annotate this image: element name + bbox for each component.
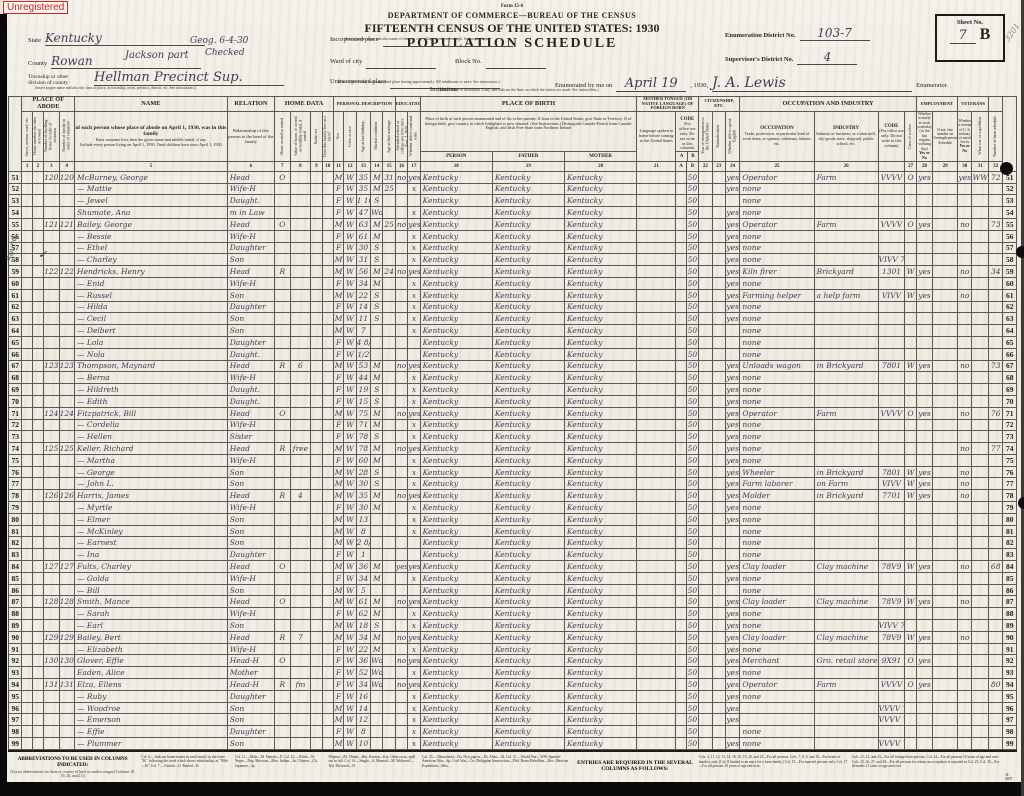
cell-street: [22, 561, 32, 573]
cell-farm: [322, 195, 333, 207]
cell-bp: Kentucky: [420, 490, 492, 502]
cell-bf: Kentucky: [492, 419, 564, 431]
cell-street: [22, 702, 32, 714]
cell-radio: [311, 513, 322, 525]
cell-war: [972, 384, 989, 396]
cell-tongue: [637, 525, 676, 537]
cell-tongue: [637, 395, 676, 407]
cell-yr: [699, 419, 712, 431]
table-row: 79— MyrtleWife-HFW30MxKentuckyKentuckyKe…: [9, 502, 1017, 514]
cell-oc: [878, 395, 905, 407]
cell-sx: M: [333, 325, 343, 337]
cell-afm: [383, 230, 395, 242]
col-unemployment-line: If not, line number on Unemployment Sche…: [933, 111, 958, 161]
cell-nat: [712, 584, 725, 596]
cell-age: 78: [356, 431, 370, 443]
cell-cr: W: [344, 679, 356, 691]
cell-nat: [712, 714, 725, 726]
cell-farm: [322, 230, 333, 242]
cell-lnR: 62: [1003, 301, 1017, 313]
cell-cls: [905, 608, 916, 620]
cell-sx: F: [333, 502, 343, 514]
cell-dw: [44, 643, 59, 655]
cell-lnR: 77: [1003, 478, 1017, 490]
cell-afm: 31: [383, 171, 395, 183]
cell-sch: [395, 608, 407, 620]
cell-name: — John L.: [75, 478, 228, 490]
cell-ten: R: [275, 266, 290, 278]
cell-lnR: 95: [1003, 690, 1017, 702]
cell-mar: M: [371, 407, 383, 419]
cell-ind: [814, 690, 878, 702]
cell-cB: 50: [686, 502, 698, 514]
cell-bp: Kentucky: [420, 525, 492, 537]
col-naturalization: Naturalization: [716, 125, 721, 148]
cell-farm: [322, 266, 333, 278]
cell-eng: yes: [725, 620, 739, 632]
cell-eng: [725, 584, 739, 596]
cell-fs: [988, 313, 1002, 325]
cell-lnL: 75: [9, 454, 22, 466]
cell-vet: no: [958, 443, 972, 455]
cell-unemp: [933, 242, 958, 254]
cell-vet: [958, 454, 972, 466]
cell-radio: [311, 360, 322, 372]
cell-radio: [311, 431, 322, 443]
cell-oc: [878, 690, 905, 702]
cell-occ: none: [740, 336, 814, 348]
cell-fam: [59, 254, 75, 266]
township-value: Hellman Precinct Sup.: [94, 70, 284, 86]
cell-oc: VVVV 71: [878, 702, 905, 714]
cell-bp: Kentucky: [420, 289, 492, 301]
cell-wk: yes: [916, 407, 933, 419]
cell-yr: [699, 372, 712, 384]
cell-war: [972, 490, 989, 502]
cell-bp: Kentucky: [420, 513, 492, 525]
cell-sx: F: [333, 690, 343, 702]
cell-wk: yes: [916, 679, 933, 691]
cell-age: 1/2: [356, 348, 370, 360]
cell-rw: x: [408, 714, 420, 726]
cell-nat: [712, 313, 725, 325]
cell-occ: none: [740, 301, 814, 313]
cell-tongue: [637, 561, 676, 573]
cell-vet: [958, 714, 972, 726]
cell-radio: [311, 407, 322, 419]
cell-cr: W: [344, 443, 356, 455]
cell-oc: VIVV 71: [878, 254, 905, 266]
cell-ind: [814, 549, 878, 561]
cell-eng: [725, 726, 739, 738]
cell-val: [290, 608, 311, 620]
cell-unemp: [933, 384, 958, 396]
cell-cB: 50: [686, 738, 698, 750]
cell-mar: Wd: [371, 207, 383, 219]
cell-house: [32, 336, 43, 348]
cell-dw: [44, 183, 59, 195]
cell-rel: Head: [227, 443, 274, 455]
cell-lnR: 58: [1003, 254, 1017, 266]
cell-war: [972, 631, 989, 643]
cell-radio: [311, 266, 322, 278]
cell-tongue: [637, 313, 676, 325]
cell-val: [290, 195, 311, 207]
cell-mar: M: [371, 502, 383, 514]
table-row: 69— HildrethDaught.FW19SxKentuckyKentuck…: [9, 384, 1017, 396]
cell-age: 12: [356, 714, 370, 726]
cell-street: [22, 230, 32, 242]
cell-war: [972, 620, 989, 632]
cell-name: Glover, Effie: [75, 655, 228, 667]
cell-sx: M: [333, 443, 343, 455]
cell-val: [290, 655, 311, 667]
cell-cr: W: [344, 513, 356, 525]
cell-ind: in Brickyard: [814, 360, 878, 372]
cell-radio: [311, 242, 322, 254]
cell-name: Hendricks, Henry: [75, 266, 228, 278]
cell-street: [22, 301, 32, 313]
footer: ABBREVIATIONS TO BE USED IN COLUMNS INDI…: [8, 750, 1017, 783]
cell-radio: [311, 679, 322, 691]
cell-unemp: [933, 277, 958, 289]
cell-dw: [44, 372, 59, 384]
cell-fs: [988, 513, 1002, 525]
cell-occ: none: [740, 431, 814, 443]
cell-street: [22, 631, 32, 643]
cell-farm: [322, 655, 333, 667]
cell-sch: [395, 466, 407, 478]
cell-wk: [916, 431, 933, 443]
cell-wk: [916, 313, 933, 325]
cell-mar: [371, 348, 383, 360]
cell-val: [290, 466, 311, 478]
cell-sch: [395, 183, 407, 195]
cell-lnL: 81: [9, 525, 22, 537]
cell-lnL: 53: [9, 195, 22, 207]
cell-cls: [905, 525, 916, 537]
cell-name: — Earl: [75, 620, 228, 632]
group-home-data: HOME DATA: [275, 97, 334, 112]
cell-cB: 50: [686, 655, 698, 667]
cell-cls: [905, 277, 916, 289]
table-row: 52— MattieWife-HFW35M25xKentuckyKentucky…: [9, 183, 1017, 195]
cell-cB: 50: [686, 572, 698, 584]
cell-mar: S: [371, 254, 383, 266]
cell-war: [972, 667, 989, 679]
cell-eng: yes: [725, 289, 739, 301]
cell-yr: [699, 714, 712, 726]
cell-rel: Son: [227, 289, 274, 301]
cell-eng: yes: [725, 513, 739, 525]
cell-oc: [878, 384, 905, 396]
cell-cr: W: [344, 301, 356, 313]
cell-street: [22, 655, 32, 667]
cell-fam: [59, 502, 75, 514]
cell-fam: [59, 336, 75, 348]
cell-lnR: 83: [1003, 549, 1017, 561]
cell-rel: Daught.: [227, 195, 274, 207]
cell-farm: [322, 171, 333, 183]
cell-sch: no: [395, 679, 407, 691]
cell-oc: VVVV 71: [878, 714, 905, 726]
cell-street: [22, 466, 32, 478]
cell-age: 28: [356, 466, 370, 478]
cell-fs: [988, 183, 1002, 195]
table-row: 77— John L.SonMW30SxKentuckyKentuckyKent…: [9, 478, 1017, 490]
cell-ten: R: [275, 679, 290, 691]
cell-mar: S: [371, 242, 383, 254]
cell-wk: yes: [916, 631, 933, 643]
cell-bm: Kentucky: [565, 242, 637, 254]
table-row: 60— EnidWife-HFW34MxKentuckyKentuckyKent…: [9, 277, 1017, 289]
cell-occ: [740, 702, 814, 714]
cell-nat: [712, 478, 725, 490]
cell-afm: [383, 596, 395, 608]
cell-war: [972, 561, 989, 573]
cell-sx: F: [333, 549, 343, 561]
cell-radio: [311, 690, 322, 702]
cell-sx: F: [333, 207, 343, 219]
cell-nat: [712, 513, 725, 525]
cell-radio: [311, 195, 322, 207]
cell-vet: [958, 679, 972, 691]
cell-fam: [59, 738, 75, 750]
table-row: 87128128Smith, ManceHeadOMW61MnoyesKentu…: [9, 596, 1017, 608]
cell-sx: F: [333, 230, 343, 242]
cell-cr: W: [344, 643, 356, 655]
cell-vet: no: [958, 631, 972, 643]
cell-house: [32, 490, 43, 502]
cell-farm: [322, 454, 333, 466]
cell-war: [972, 266, 989, 278]
cell-bp: Kentucky: [420, 360, 492, 372]
cell-war: [972, 513, 989, 525]
cell-yr: [699, 195, 712, 207]
cell-name: Thompson, Maynard: [75, 360, 228, 372]
cell-nat: [712, 254, 725, 266]
cell-cr: W: [344, 584, 356, 596]
cell-cA: [676, 360, 686, 372]
cell-vet: [958, 242, 972, 254]
cell-lnL: 80: [9, 513, 22, 525]
cell-lnR: 86: [1003, 584, 1017, 596]
cell-ind: on Farm: [814, 478, 878, 490]
cell-bm: Kentucky: [565, 313, 637, 325]
cell-fs: [988, 419, 1002, 431]
cell-eng: yes: [725, 702, 739, 714]
cell-bm: Kentucky: [565, 301, 637, 313]
cell-name: — Delbert: [75, 325, 228, 337]
cell-street: [22, 608, 32, 620]
cell-ten: [275, 584, 290, 596]
cell-wk: [916, 549, 933, 561]
cell-tongue: [637, 502, 676, 514]
cell-ind: [814, 702, 878, 714]
cell-rel: Son: [227, 714, 274, 726]
cell-street: [22, 726, 32, 738]
cell-radio: [311, 325, 322, 337]
cell-bm: Kentucky: [565, 195, 637, 207]
cell-yr: [699, 171, 712, 183]
cell-rel: Daught.: [227, 348, 274, 360]
cell-unemp: [933, 643, 958, 655]
cell-street: [22, 584, 32, 596]
cell-age: 2 8/12: [356, 537, 370, 549]
cell-cB: 50: [686, 561, 698, 573]
cell-cls: O: [905, 655, 916, 667]
cell-ind: [814, 313, 878, 325]
cell-val: [290, 537, 311, 549]
cell-occ: Wheeler: [740, 466, 814, 478]
cell-war: [972, 525, 989, 537]
cell-nat: [712, 726, 725, 738]
cell-bm: Kentucky: [565, 360, 637, 372]
cell-bf: Kentucky: [492, 620, 564, 632]
cell-cls: W: [905, 289, 916, 301]
cell-cls: [905, 572, 916, 584]
cell-cB: 50: [686, 702, 698, 714]
cell-age: 16: [356, 690, 370, 702]
cell-ind: Farm: [814, 407, 878, 419]
cell-house: [32, 218, 43, 230]
cell-cA: [676, 289, 686, 301]
cell-house: [32, 454, 43, 466]
cell-age: 15: [356, 395, 370, 407]
cell-farm: [322, 395, 333, 407]
cell-cB: 50: [686, 584, 698, 596]
cell-cr: W: [344, 313, 356, 325]
cell-mar: M: [371, 631, 383, 643]
cell-occ: none: [740, 230, 814, 242]
cell-oc: VVVV: [878, 407, 905, 419]
cell-street: [22, 336, 32, 348]
cell-tongue: [637, 348, 676, 360]
cell-rw: x: [408, 466, 420, 478]
cell-rw: x: [408, 726, 420, 738]
cell-dw: 127: [44, 561, 59, 573]
group-citizenship: CITIZENSHIP, ETC.: [699, 97, 740, 112]
cell-bp: Kentucky: [420, 419, 492, 431]
cell-wk: [916, 254, 933, 266]
cell-mar: [371, 549, 383, 561]
cell-sx: M: [333, 714, 343, 726]
enum-district-field: Enumeration District No. 103-7: [725, 24, 870, 42]
cell-oc: [878, 230, 905, 242]
cell-farm: [322, 360, 333, 372]
cell-cB: 50: [686, 714, 698, 726]
cell-occ: none: [740, 277, 814, 289]
cell-mar: M: [371, 454, 383, 466]
cell-cB: 50: [686, 513, 698, 525]
cell-house: [32, 608, 43, 620]
cell-wk: [916, 572, 933, 584]
cell-oc: [878, 667, 905, 679]
cell-rel: Head: [227, 596, 274, 608]
cell-rel: Wife-H: [227, 608, 274, 620]
cell-bf: Kentucky: [492, 572, 564, 584]
cell-lnL: 55: [9, 218, 22, 230]
cell-yr: [699, 537, 712, 549]
cell-cls: O: [905, 218, 916, 230]
cell-rel: Wife-H: [227, 183, 274, 195]
cell-age: 13: [356, 513, 370, 525]
table-row: 53— JewelDaught.FW1 10/12SKentuckyKentuc…: [9, 195, 1017, 207]
cell-street: [22, 443, 32, 455]
cell-ten: [275, 502, 290, 514]
cell-street: [22, 218, 32, 230]
cell-sch: [395, 348, 407, 360]
cell-val: [290, 325, 311, 337]
cell-rw: yes: [408, 407, 420, 419]
cell-ten: [275, 242, 290, 254]
cell-unemp: [933, 679, 958, 691]
cell-mar: M: [371, 572, 383, 584]
cell-val: [290, 419, 311, 431]
cell-name: Fitzpatrick, Bill: [75, 407, 228, 419]
cell-oc: [878, 454, 905, 466]
cell-name: — Earnest: [75, 537, 228, 549]
cell-afm: [383, 667, 395, 679]
cell-rw: x: [408, 289, 420, 301]
cell-house: [32, 230, 43, 242]
cell-bp: Kentucky: [420, 301, 492, 313]
cell-wk: [916, 384, 933, 396]
table-row: 70— EdithDaught.FW15SxKentuckyKentuckyKe…: [9, 395, 1017, 407]
cell-cls: [905, 643, 916, 655]
cell-rel: Son: [227, 702, 274, 714]
cell-name: — Emerson: [75, 714, 228, 726]
cell-farm: [322, 325, 333, 337]
cell-cA: [676, 490, 686, 502]
col-birth-desc: Place of birth of each person enumerated…: [420, 111, 637, 161]
cell-ind: [814, 384, 878, 396]
table-row: 72— CordeliaWife-HFW71MxKentuckyKentucky…: [9, 419, 1017, 431]
cell-house: [32, 325, 43, 337]
cell-cB: 50: [686, 620, 698, 632]
cell-bp: Kentucky: [420, 726, 492, 738]
cell-bf: Kentucky: [492, 584, 564, 596]
cell-afm: [383, 584, 395, 596]
cell-lnL: 65: [9, 336, 22, 348]
cell-sx: M: [333, 313, 343, 325]
cell-unemp: [933, 714, 958, 726]
cell-yr: [699, 325, 712, 337]
cell-dw: [44, 690, 59, 702]
cell-wk: yes: [916, 466, 933, 478]
enumerated-date: April 19: [616, 76, 686, 92]
cell-rel: Head: [227, 360, 274, 372]
cell-unemp: [933, 325, 958, 337]
group-education: EDUCATION: [395, 97, 420, 112]
cell-cB: 50: [686, 454, 698, 466]
cell-mar: M: [371, 608, 383, 620]
census-rows: 51120120McBurney, GeorgeHeadOMW35M31noye…: [9, 171, 1017, 761]
cell-lnL: 51: [9, 171, 22, 183]
cell-sch: no: [395, 218, 407, 230]
cell-vet: [958, 608, 972, 620]
cell-house: [32, 171, 43, 183]
cell-yr: [699, 254, 712, 266]
cell-cA: [676, 348, 686, 360]
cell-bm: Kentucky: [565, 667, 637, 679]
cell-rw: x: [408, 230, 420, 242]
cell-name: — Ruby: [75, 690, 228, 702]
cell-war: [972, 218, 989, 230]
group-birth: PLACE OF BIRTH: [420, 97, 637, 112]
cell-vet: [958, 572, 972, 584]
cell-yr: [699, 502, 712, 514]
